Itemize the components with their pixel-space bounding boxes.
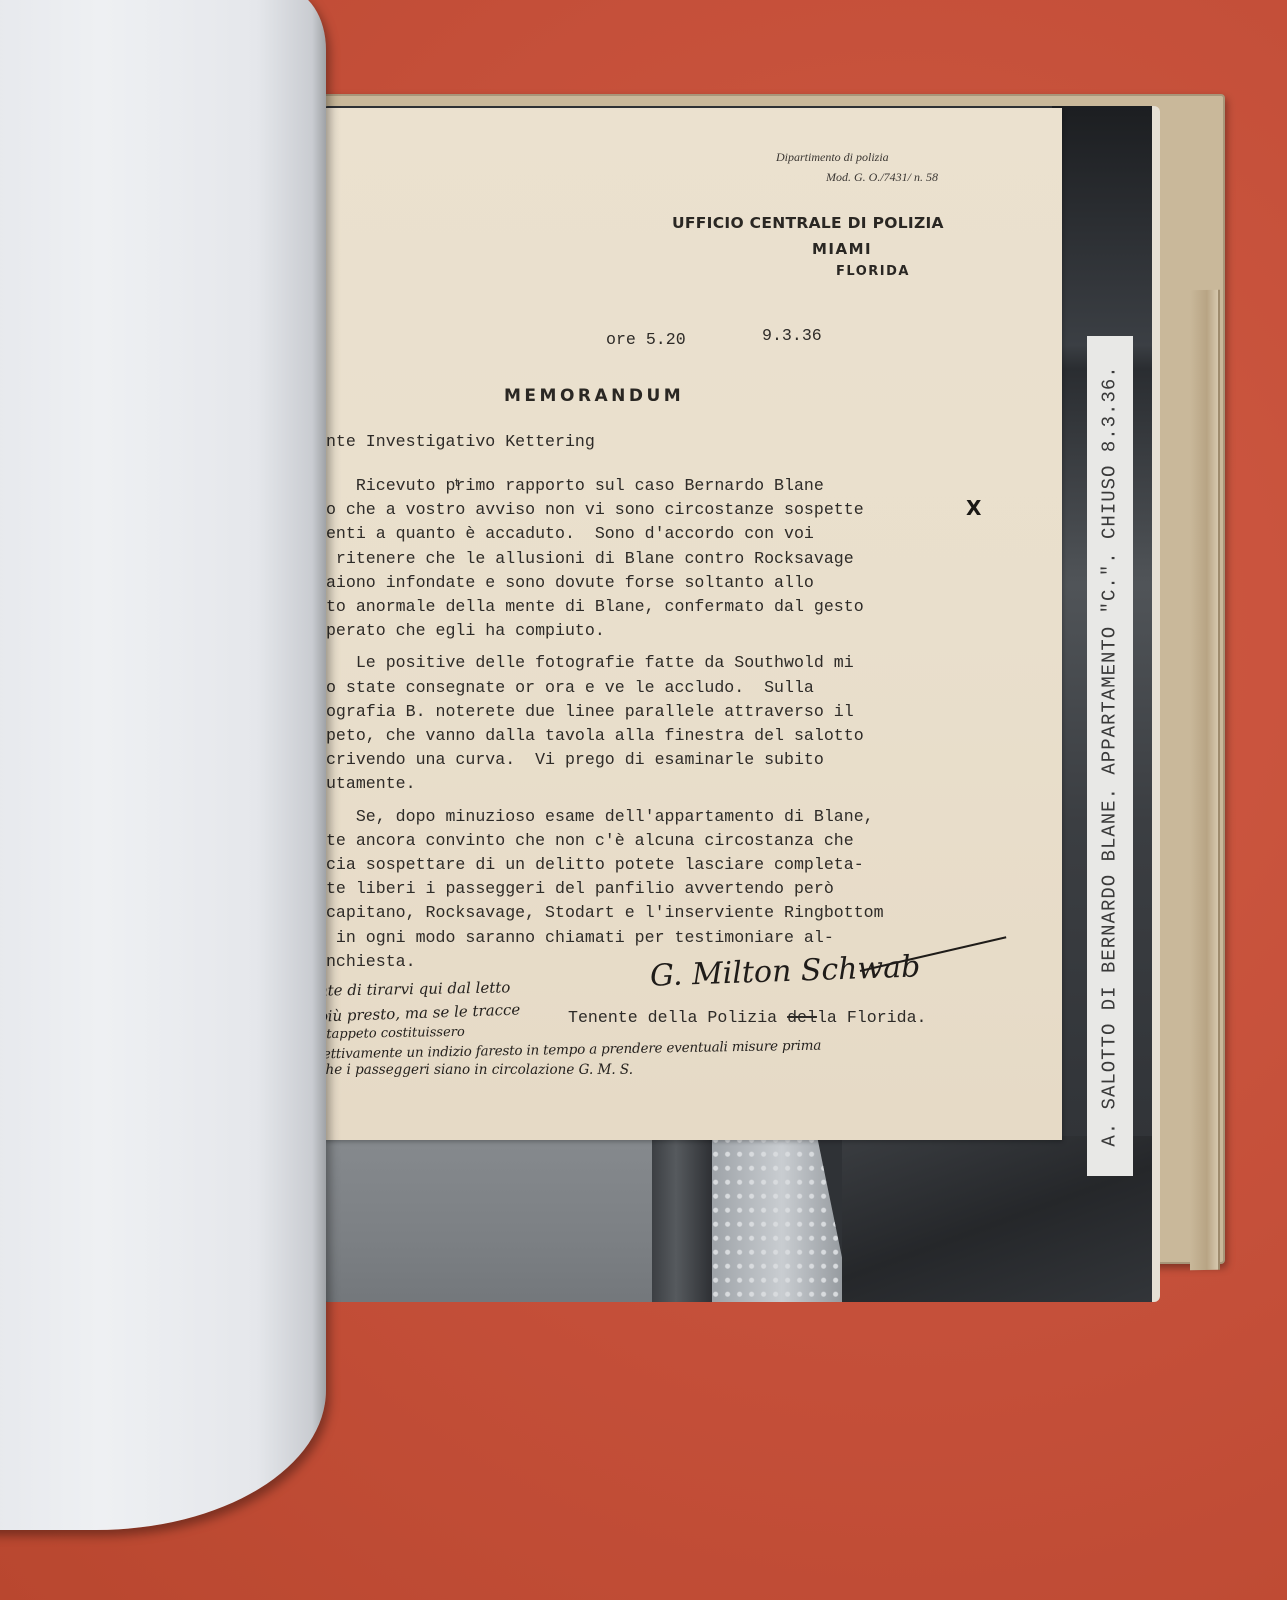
memo-body-line: scrivendo una curva. Vi prego di esamina… [324,748,884,772]
photo-window-frame [652,1136,712,1302]
margin-x-mark: X [966,496,981,520]
signoff-suffix: la Florida. [817,1008,927,1027]
memo-body-line: tografia B. noterete due linee parallele… [324,700,884,724]
memo-body-line: Se, dopo minuzioso esame dell'appartamen… [324,805,884,829]
paragraph-gap [324,797,884,805]
memo-signoff: Tenente della Polizia della Florida. [568,1008,927,1027]
memo-body-line: ete ancora convinto che non c'è alcuna c… [324,829,884,853]
photo-caption-label: A. SALOTTO DI BERNARDO BLANE. APPARTAMEN… [1087,336,1133,1176]
photo-curtain [712,1136,852,1302]
memo-body-line: ccia sospettare di un delitto potete las… [324,853,884,877]
memo-body-line: ato anormale della mente di Blane, confe… [324,595,884,619]
paragraph-gap [324,643,884,651]
letterhead-form-code: Mod. G. O./7431/ n. 58 [826,170,938,185]
letterhead-department: Dipartimento di polizia [776,150,889,165]
letterhead-state: FLORIDA [836,264,910,279]
handwritten-note-line: che i passeggeri siano in circolazione G… [324,1062,633,1078]
handwritten-note-line: l tappeto costituissero [324,1025,465,1043]
memo-body-line: capitano, Rocksavage, Stodart e l'inserv… [324,901,884,925]
memo-body-line: renti a quanto è accaduto. Sono d'accord… [324,522,884,546]
memo-body-line: e in ogni modo saranno chiamati per test… [324,926,884,950]
memo-body-line: sperato che egli ha compiuto. [324,619,884,643]
signoff-struck-text: del [787,1008,817,1027]
police-memorandum: Dipartimento di polizia Mod. G. O./7431/… [324,108,1062,1140]
memo-body-line: nte liberi i passeggeri del panfilio avv… [324,877,884,901]
memo-body-line: ppeto, che vanno dalla tavola alla fines… [324,724,884,748]
memo-date: 9.3.36 [762,326,822,345]
folder-torn-edge [1190,290,1220,1271]
left-facing-page[interactable] [0,0,326,1530]
memo-body-line: paiono infondate e sono dovute forse sol… [324,571,884,595]
handwritten-note-line: fettivamente un indizio faresto in tempo… [324,1038,821,1063]
letterhead-city: MIAMI [812,240,872,258]
handwritten-note-line: più presto, ma se le tracce [324,1000,521,1025]
memo-body-line: l ritenere che le allusioni di Blane con… [324,547,884,571]
memo-body-line: Le positive delle fotografie fatte da So… [324,651,884,675]
memo-title: MEMORANDUM [504,386,684,406]
memo-body: Ricevuto primo rapporto sul caso Bernard… [324,474,884,974]
memo-body-line: nutamente. [324,772,884,796]
photo-floor [322,1136,652,1302]
memo-addressee: ente Investigativo Kettering [324,432,595,451]
photo-caption-text: A. SALOTTO DI BERNARDO BLANE. APPARTAMEN… [1099,365,1121,1146]
signoff-prefix: Tenente della Polizia [568,1008,787,1027]
letterhead-office: UFFICIO CENTRALE DI POLIZIA [672,214,944,232]
memo-body-line: no state consegnate or ora e ve le acclu… [324,676,884,700]
memo-time: ore 5.20 [606,330,686,349]
memo-body-line: Ricevuto primo rapporto sul caso Bernard… [324,474,884,498]
handwritten-note-line: nte di tirarvi qui dal letto [324,978,511,999]
memo-body-line: to che a vostro avviso non vi sono circo… [324,498,884,522]
